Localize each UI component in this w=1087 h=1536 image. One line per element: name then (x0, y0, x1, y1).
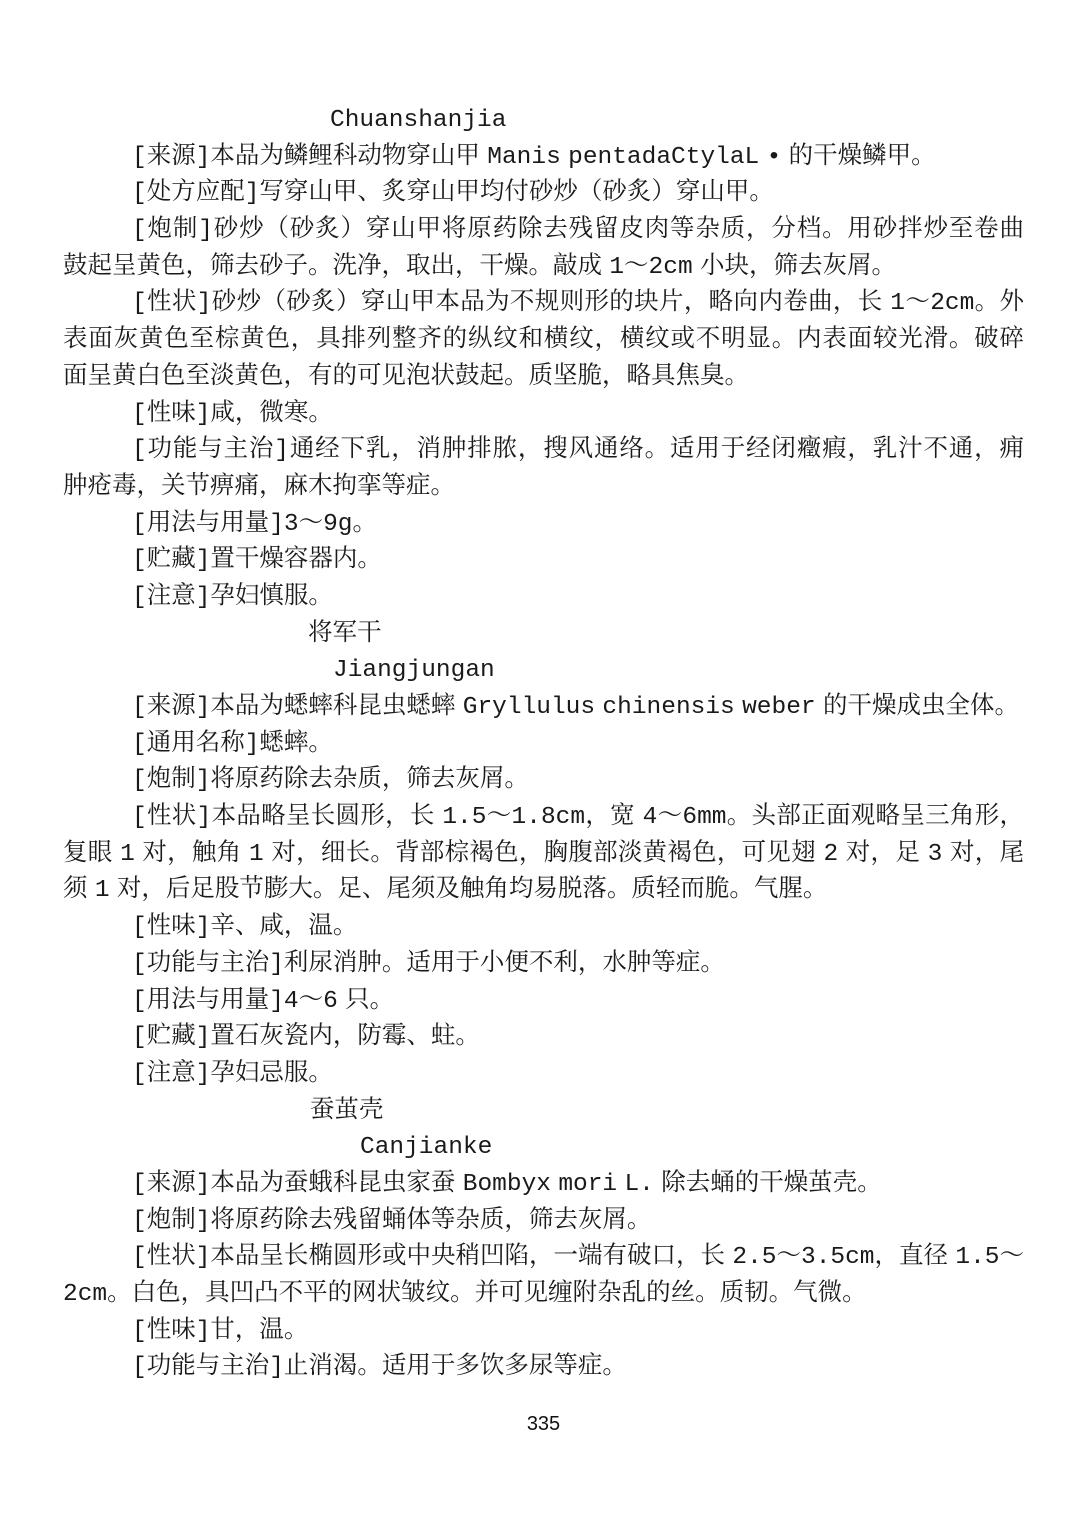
text-line: [贮藏]置石灰瓷内，防霉、蛀。 (63, 1020, 1024, 1057)
text-line: [通用名称]蟋蟀。 (63, 727, 1024, 764)
text-line: [炮制]将原药除去杂质，筛去灰屑。 (63, 763, 1024, 800)
text-line: [来源]本品为鳞鲤科动物穿山甲 Manis pentadaCtylaL • 的干… (63, 140, 1024, 177)
text-line: [性味]咸，微寒。 (63, 397, 1024, 434)
text-line: [用法与用量]3～9g。 (63, 507, 1024, 544)
text-line: 复眼 1 对，触角 1 对，细长。背部棕褐色，胸腹部淡黄褐色，可见翅 2 对，足… (63, 837, 1024, 874)
text-line: [性状]砂炒（砂炙）穿山甲本品为不规则形的块片，略向内卷曲，长 1～2cm。外 (63, 286, 1024, 323)
text-line: [处方应配]写穿山甲、炙穿山甲均付砂炒（砂炙）穿山甲。 (63, 176, 1024, 213)
text-line: [功能与主治]止消渴。适用于多饮多尿等症。 (63, 1350, 1024, 1387)
section-heading-pinyin: Canjianke (63, 1130, 1024, 1167)
text-line: [贮藏]置干燥容器内。 (63, 543, 1024, 580)
text-line: [性味]辛、咸，温。 (63, 910, 1024, 947)
text-line: [性状]本品略呈长圆形，长 1.5～1.8cm，宽 4～6mm。头部正面观略呈三… (63, 800, 1024, 837)
section-heading-pinyin: Jiangjungan (63, 653, 1024, 690)
text-line: [性状]本品呈长椭圆形或中央稍凹陷，一端有破口，长 2.5～3.5cm，直径 1… (63, 1240, 1024, 1277)
text-line: [功能与主治]利尿消肿。适用于小便不利，水肿等症。 (63, 947, 1024, 984)
text-line: 表面灰黄色至棕黄色，具排列整齐的纵纹和横纹，横纹或不明显。内表面较光滑。破碎 (63, 323, 1024, 360)
text-line: [功能与主治]通经下乳，消肿排脓，搜风通络。适用于经闭癥瘕，乳汁不通，痈 (63, 433, 1024, 470)
page-number: 335 (0, 1413, 1087, 1436)
text-line: [来源]本品为蟋蟀科昆虫蟋蟀 Gryllulus chinensis weber… (63, 690, 1024, 727)
document-content: Chuanshanjia[来源]本品为鳞鲤科动物穿山甲 Manis pentad… (63, 103, 1024, 1387)
text-line: 2cm。白色，具凹凸不平的网状皱纹。并可见缠附杂乱的丝。质韧。气微。 (63, 1277, 1024, 1314)
text-line: [炮制]将原药除去残留蛹体等杂质，筛去灰屑。 (63, 1204, 1024, 1241)
section-heading-cn: 蚕茧壳 (63, 1094, 1024, 1131)
text-line: [来源]本品为蚕蛾科昆虫家蚕 Bombyx mori L. 除去蛹的干燥茧壳。 (63, 1167, 1024, 1204)
text-line: 肿疮毒，关节痹痛，麻木拘挛等症。 (63, 470, 1024, 507)
text-line: 鼓起呈黄色，筛去砂子。洗净，取出，干燥。敲成 1～2cm 小块，筛去灰屑。 (63, 250, 1024, 287)
text-line: [注意]孕妇慎服。 (63, 580, 1024, 617)
text-line: 须 1 对，后足股节膨大。足、尾须及触角均易脱落。质轻而脆。气腥。 (63, 873, 1024, 910)
text-line: [注意]孕妇忌服。 (63, 1057, 1024, 1094)
text-line: [炮制]砂炒（砂炙）穿山甲将原药除去残留皮肉等杂质，分档。用砂拌炒至卷曲 (63, 213, 1024, 250)
document-page: Chuanshanjia[来源]本品为鳞鲤科动物穿山甲 Manis pentad… (0, 0, 1087, 1536)
text-line: [用法与用量]4～6 只。 (63, 984, 1024, 1021)
section-heading-pinyin: Chuanshanjia (63, 103, 1024, 140)
section-heading-cn: 将军干 (63, 617, 1024, 654)
text-line: 面呈黄白色至淡黄色，有的可见泡状鼓起。质坚脆，略具焦臭。 (63, 360, 1024, 397)
text-line: [性味]甘，温。 (63, 1314, 1024, 1351)
